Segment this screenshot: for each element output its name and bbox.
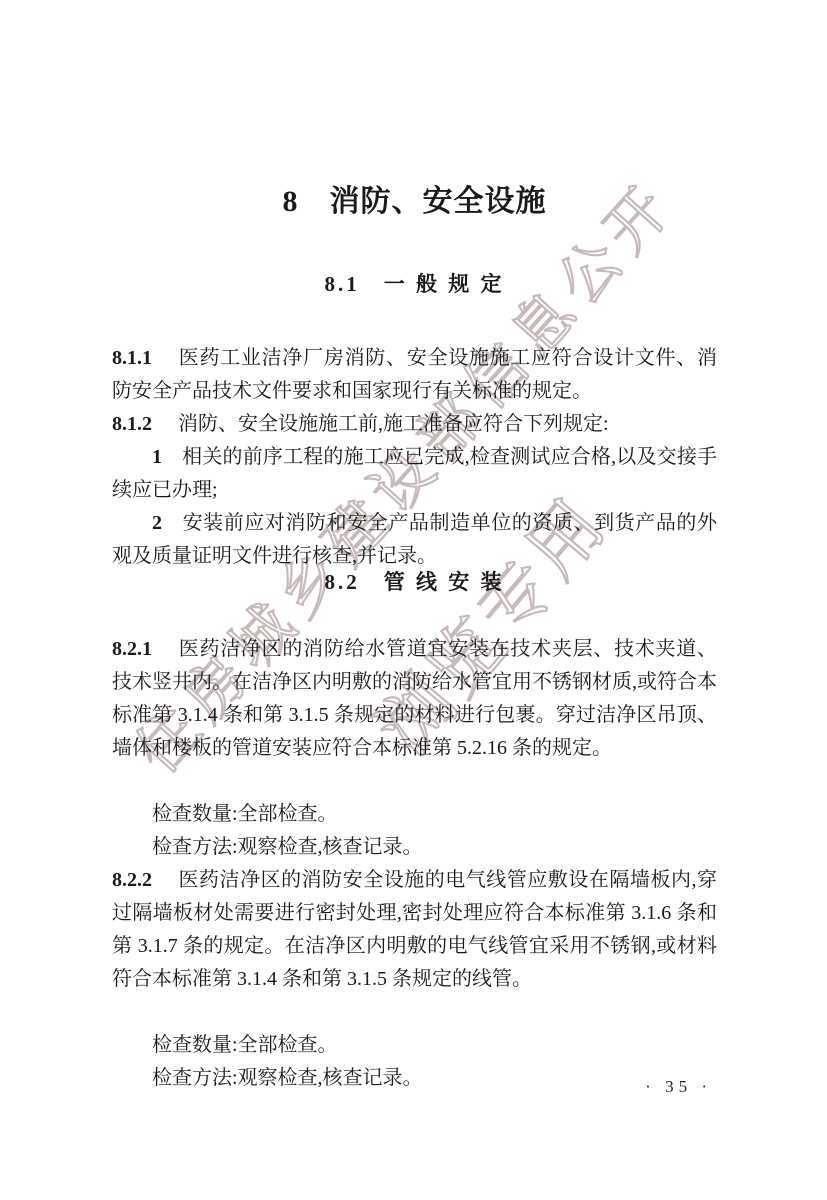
clause-text: 医药洁净区的消防安全设施的电气线管应敷设在隔墙板内,穿过隔墙板材处需要进行密封处… <box>112 869 717 990</box>
check-quantity-line: 检查数量:全部检查。 <box>112 1029 717 1062</box>
clause-text: 医药工业洁净厂房消防、安全设施施工应符合设计文件、消防安全产品技术文件要求和国家… <box>112 347 717 402</box>
clause-8-1-2: 8.1.2消防、安全设施施工前,施工准备应符合下列规定: <box>112 408 717 441</box>
clause-8-2-2: 8.2.2医药洁净区的消防安全设施的电气线管应敷设在隔墙板内,穿过隔墙板材处需要… <box>112 864 717 996</box>
item-text: 相关的前序工程的施工应已完成,检查测试应合格,以及交接手续应已办理; <box>112 446 717 501</box>
document-page: 住房城乡建设部信息公开 浏览专用 8 消防、安全设施 8.1 一 般 规 定 8… <box>0 0 827 1200</box>
item-number: 1 <box>152 446 162 468</box>
clause-number: 8.1.1 <box>112 347 152 369</box>
list-item-2: 2安装前应对消防和安全产品制造单位的资质、到货产品的外观及质量证明文件进行核查,… <box>112 507 717 573</box>
page-number: · 35 · <box>112 1076 712 1098</box>
clause-number: 8.2.1 <box>112 638 152 660</box>
clause-text: 医药洁净区的消防给水管道宜安装在技术夹层、技术夹道、技术竖井内。在洁净区内明敷的… <box>112 638 717 759</box>
clause-number: 8.2.2 <box>112 869 152 891</box>
section-heading-8-1: 8.1 一 般 规 定 <box>112 270 717 298</box>
clause-8-2-1: 8.2.1医药洁净区的消防给水管道宜安装在技术夹层、技术夹道、技术竖井内。在洁净… <box>112 633 717 765</box>
item-number: 2 <box>152 512 162 534</box>
item-text: 安装前应对消防和安全产品制造单位的资质、到货产品的外观及质量证明文件进行核查,并… <box>112 512 717 567</box>
check-quantity-line: 检查数量:全部检查。 <box>112 798 717 831</box>
check-method-line: 检查方法:观察检查,核查记录。 <box>112 831 717 864</box>
section-heading-8-2: 8.2 管 线 安 装 <box>112 568 717 596</box>
chapter-title: 8 消防、安全设施 <box>112 184 717 220</box>
clause-text: 消防、安全设施施工前,施工准备应符合下列规定: <box>178 413 609 435</box>
list-item-1: 1相关的前序工程的施工应已完成,检查测试应合格,以及交接手续应已办理; <box>112 441 717 507</box>
clause-number: 8.1.2 <box>112 413 152 435</box>
clause-8-1-1: 8.1.1医药工业洁净厂房消防、安全设施施工应符合设计文件、消防安全产品技术文件… <box>112 342 717 408</box>
